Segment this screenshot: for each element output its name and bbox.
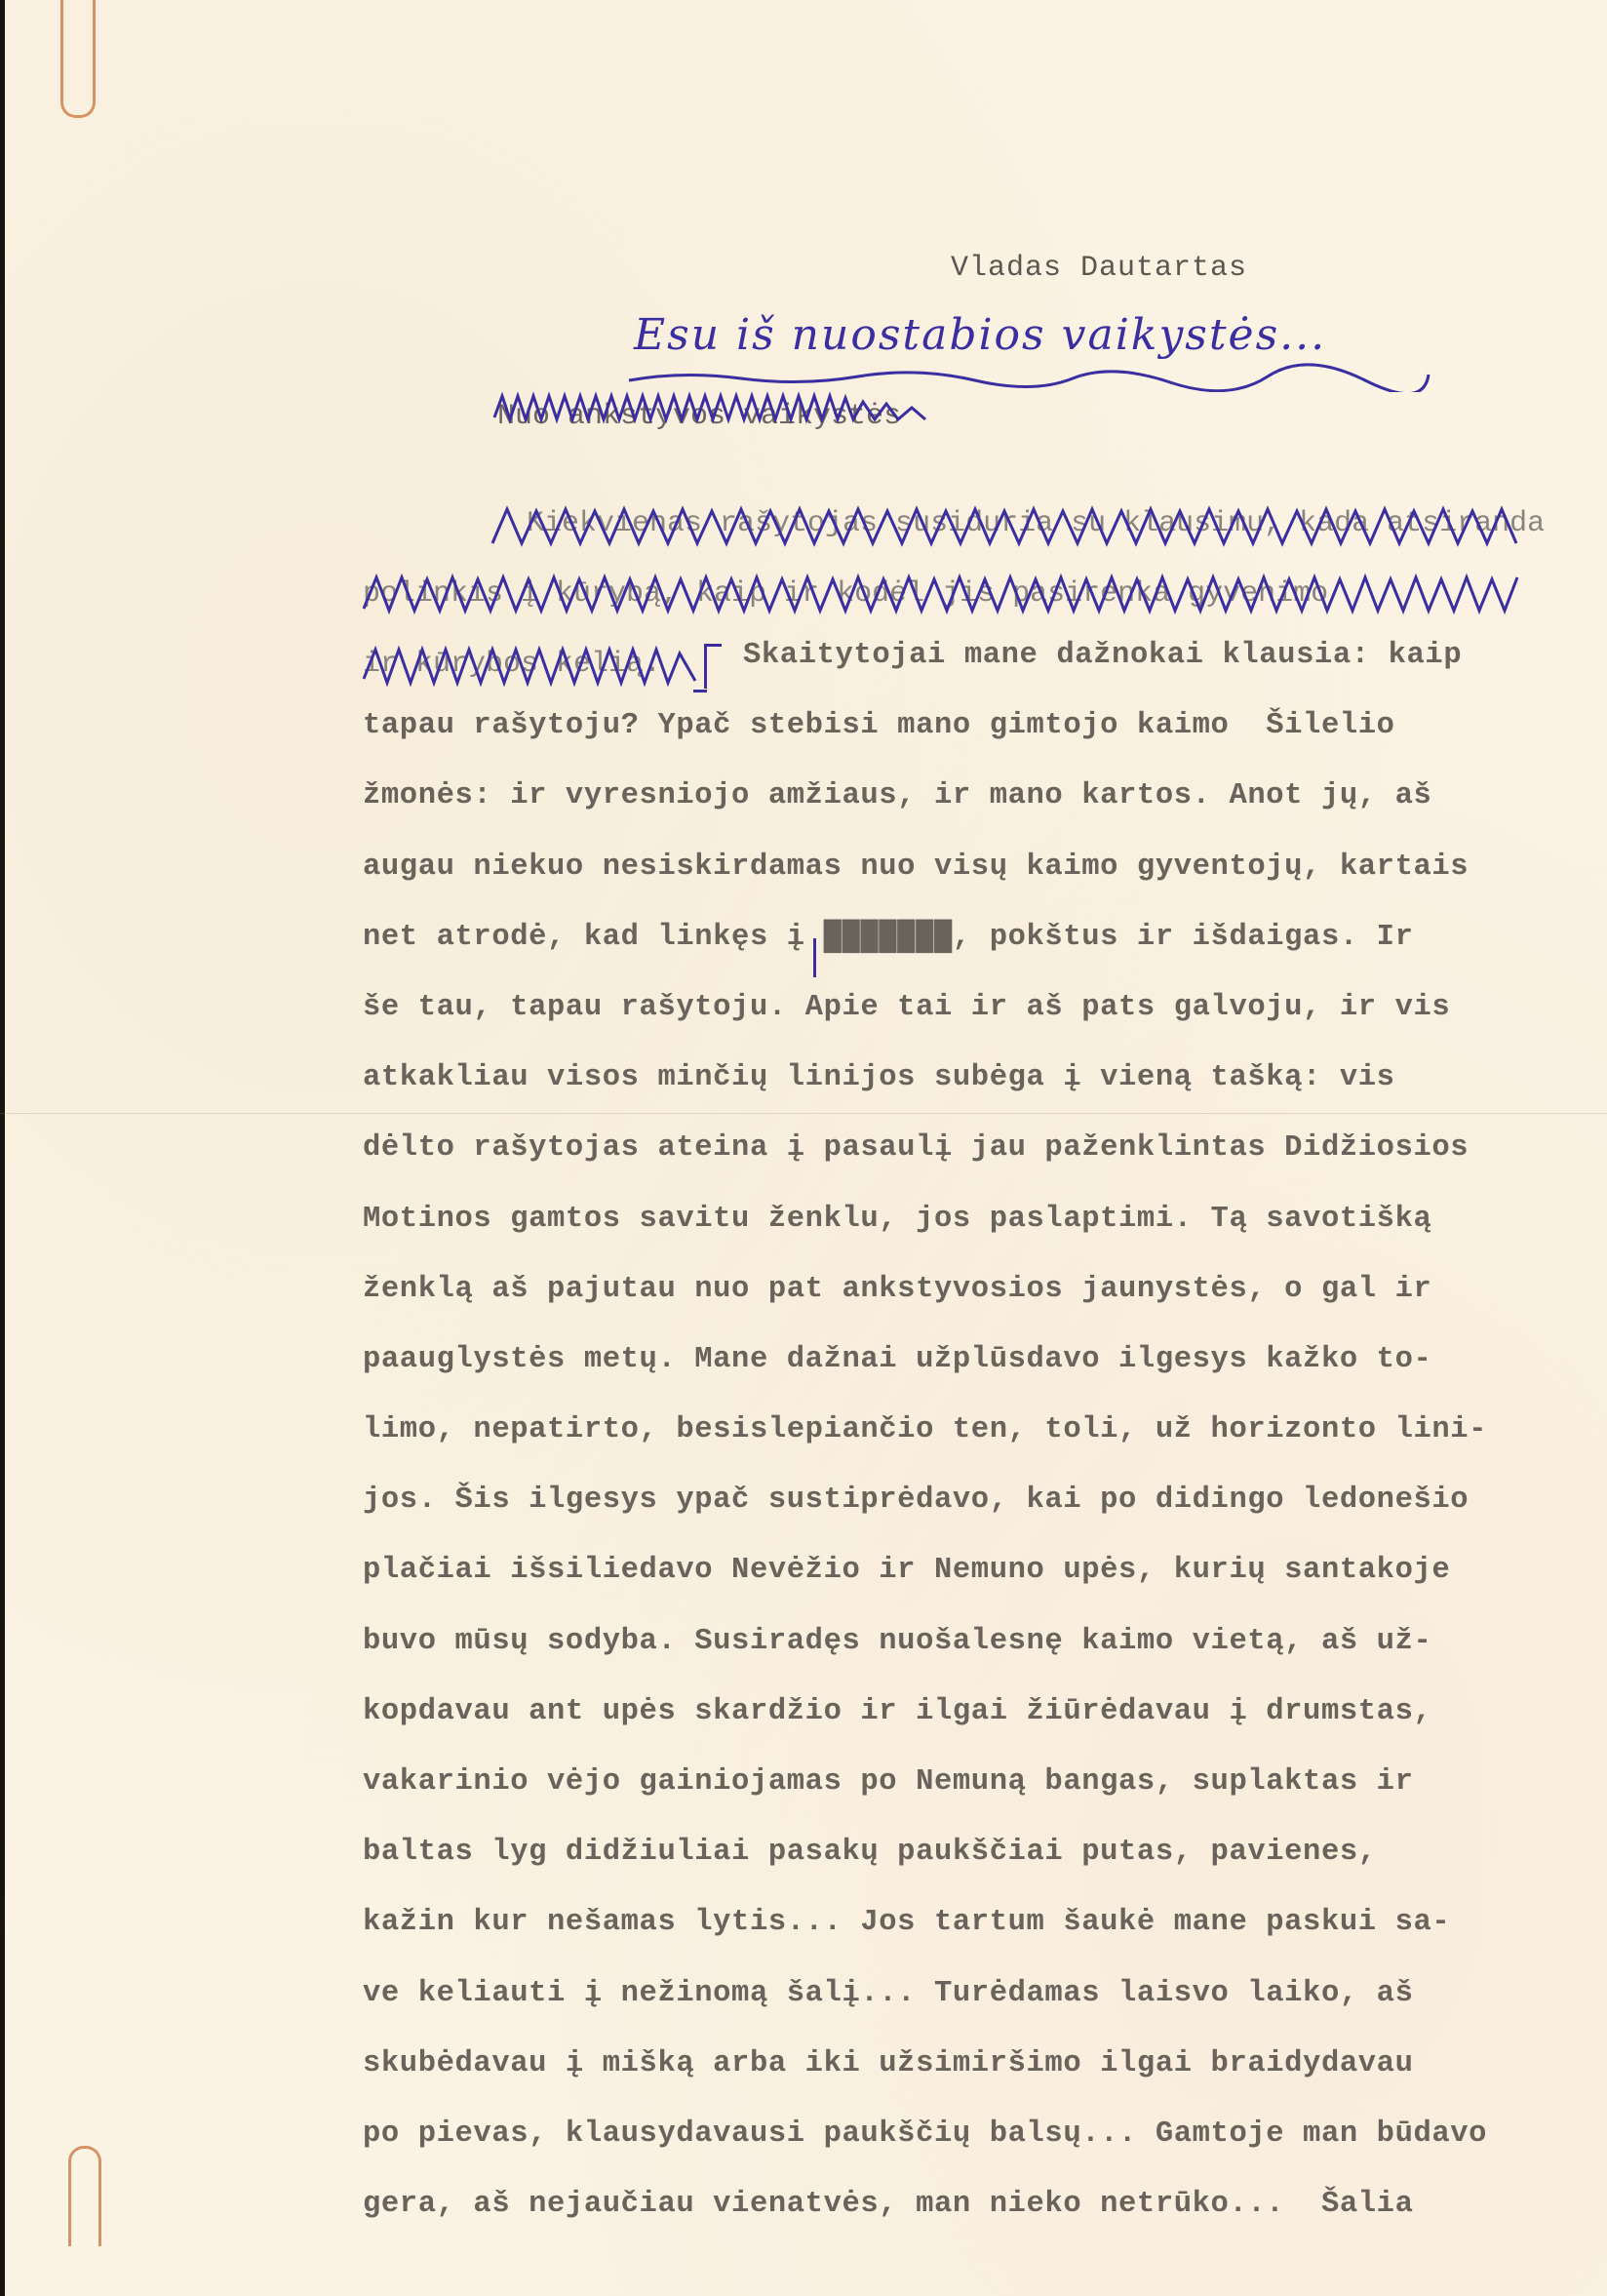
author-name: Vladas Dautartas xyxy=(951,252,1247,285)
rust-staple-mark-bottom xyxy=(68,2146,101,2246)
body-line: limo, nepatirto, besislepiančio ten, tol… xyxy=(363,1410,1552,1481)
body-line: po pievas, klausydavausi paukščių balsų.… xyxy=(363,2115,1552,2185)
scan-left-edge xyxy=(0,0,5,2296)
body-line: Motinos gamtos savitu ženklu, jos paslap… xyxy=(363,1200,1552,1270)
handwritten-title-underline xyxy=(624,363,1433,392)
body-line: baltas lyg didžiuliai pasakų paukščiai p… xyxy=(363,1833,1552,1903)
struck-paragraph-line-2: polinkis į kūrybą, kaip ir kodėl jis pas… xyxy=(363,577,1328,611)
typewritten-body: Skaitytojai mane dažnokai klausia: kaip … xyxy=(363,636,1552,2255)
body-line: dėlto rašytojas ateina į pasaulį jau paž… xyxy=(363,1128,1552,1199)
body-line: Skaitytojai mane dažnokai klausia: kaip xyxy=(743,636,1552,706)
body-line: kažin kur nešamas lytis... Jos tartum ša… xyxy=(363,1903,1552,1973)
body-line: plačiai išsiliedavo Nevėžio ir Nemuno up… xyxy=(363,1551,1552,1621)
body-line: jos. Šis ilgesys ypač sustiprėdavo, kai … xyxy=(363,1481,1552,1551)
body-line: augau niekuo nesiskirdamas nuo visų kaim… xyxy=(363,848,1552,918)
rust-staple-mark-top xyxy=(60,0,96,118)
handwritten-title: Esu iš nuostabios vaikystės... xyxy=(634,310,1326,360)
body-line: žmonės: ir vyresniojo amžiaus, ir mano k… xyxy=(363,776,1552,847)
body-line: ženklą aš pajutau nuo pat ankstyvosios j… xyxy=(363,1270,1552,1340)
body-line: skubėdavau į mišką arba iki užsimiršimo … xyxy=(363,2044,1552,2115)
body-line: buvo mūsų sodyba. Susiradęs nuošalesnę k… xyxy=(363,1622,1552,1692)
body-line: atkakliau visos minčių linijos subėga į … xyxy=(363,1058,1552,1128)
struck-typed-title: Nuo ankstyvos vaikystės xyxy=(497,400,901,433)
struck-paragraph-line-1: Kiekvienas rašytojas susiduria su klausi… xyxy=(527,507,1545,540)
body-line: paauglystės metų. Mane dažnai užplūsdavo… xyxy=(363,1340,1552,1410)
body-line: ve keliauti į nežinomą šalį... Turėdamas… xyxy=(363,1974,1552,2044)
body-line: gera, aš nejaučiau vienatvės, man nieko … xyxy=(363,2185,1552,2255)
body-line: vakarinio vėjo gainiojamas po Nemuną ban… xyxy=(363,1762,1552,1833)
body-line: tapau rašytoju? Ypač stebisi mano gimtoj… xyxy=(363,706,1552,776)
body-line-with-struck-word: net atrodė, kad linkęs į ███████, pokštu… xyxy=(363,918,1552,988)
body-line: še tau, tapau rašytoju. Apie tai ir aš p… xyxy=(363,988,1552,1058)
body-line: kopdavau ant upės skardžio ir ilgai žiūr… xyxy=(363,1692,1552,1762)
